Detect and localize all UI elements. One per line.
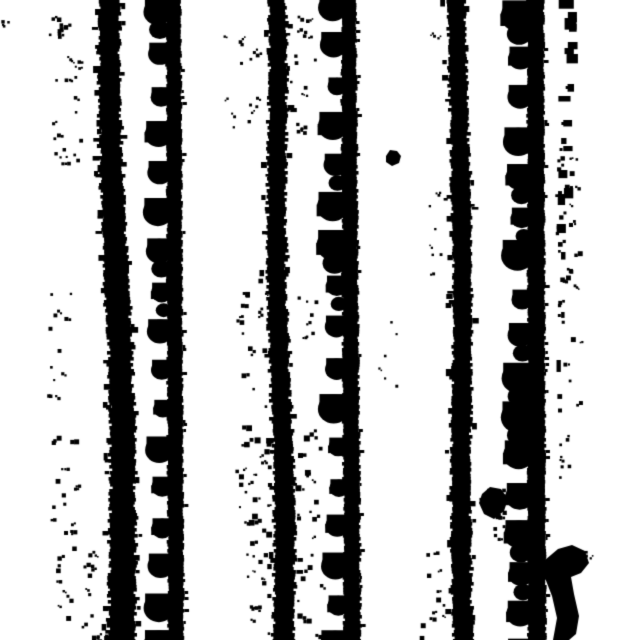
binary-texture-image: [0, 0, 640, 640]
screenshot-root: [0, 0, 640, 640]
